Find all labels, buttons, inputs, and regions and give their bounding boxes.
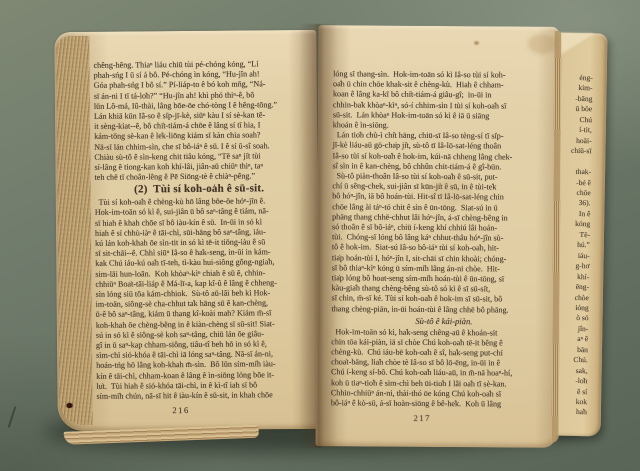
right-page: lóng sī thang-sìn. Hok-im-toān só kì Iâ-… xyxy=(316,25,560,448)
book-gutter-shadow xyxy=(299,24,337,448)
left-page-text: chêng-hêng. Thiaⁿ liáu chiū tùi pé-chóng… xyxy=(94,59,316,416)
paragraph-continuation: chêng-hêng. Thiaⁿ liáu chiū tùi pé-chóng… xyxy=(94,59,314,183)
paragraph-body: lóng sī thang-sìn. Hok-im-toān só kì Iâ-… xyxy=(331,69,558,315)
paragraph-body: Hok-im-toān só kì, ha̍k-seng chêng-aū ê … xyxy=(331,327,557,410)
page-number-right: 217 xyxy=(310,412,535,424)
dust-fiber xyxy=(8,406,17,428)
text-line: sím-mi̍h chún, nā-sī hit ê iàu-kín ê sū-… xyxy=(96,390,315,402)
text-line: thang chèng-piān, in-ūi hoán-tùi ê lâng … xyxy=(331,304,556,316)
text-line: teh chē tī choân-lêng ê Pē Siōng-tè ê ch… xyxy=(94,171,313,183)
subsection-heading: Sù-tô ê kái-piàn. xyxy=(331,315,556,327)
ink-spot xyxy=(67,403,73,408)
open-book-photo: éng-kim--bāngū bōeChúí-tit,hoāi-chiū-sīt… xyxy=(0,0,640,471)
paragraph-body: Tùi sí koh-oa̍h ê chèng-kù hō lâng bōe-ō… xyxy=(95,196,316,402)
page-number-left: 216 xyxy=(72,404,291,416)
left-page: chêng-hêng. Thiaⁿ liáu chiū tùi pé-chóng… xyxy=(54,30,319,431)
right-page-text: lóng sī thang-sìn. Hok-im-toān só kì Iâ-… xyxy=(331,69,558,424)
text-line: bô-iáⁿ ê kò-sū, á-sī hoàn-siōng ê bê-he̍… xyxy=(331,398,556,410)
section-heading: (2) Tùi sí koh-oa̍h ê sū-sit. xyxy=(85,183,314,195)
